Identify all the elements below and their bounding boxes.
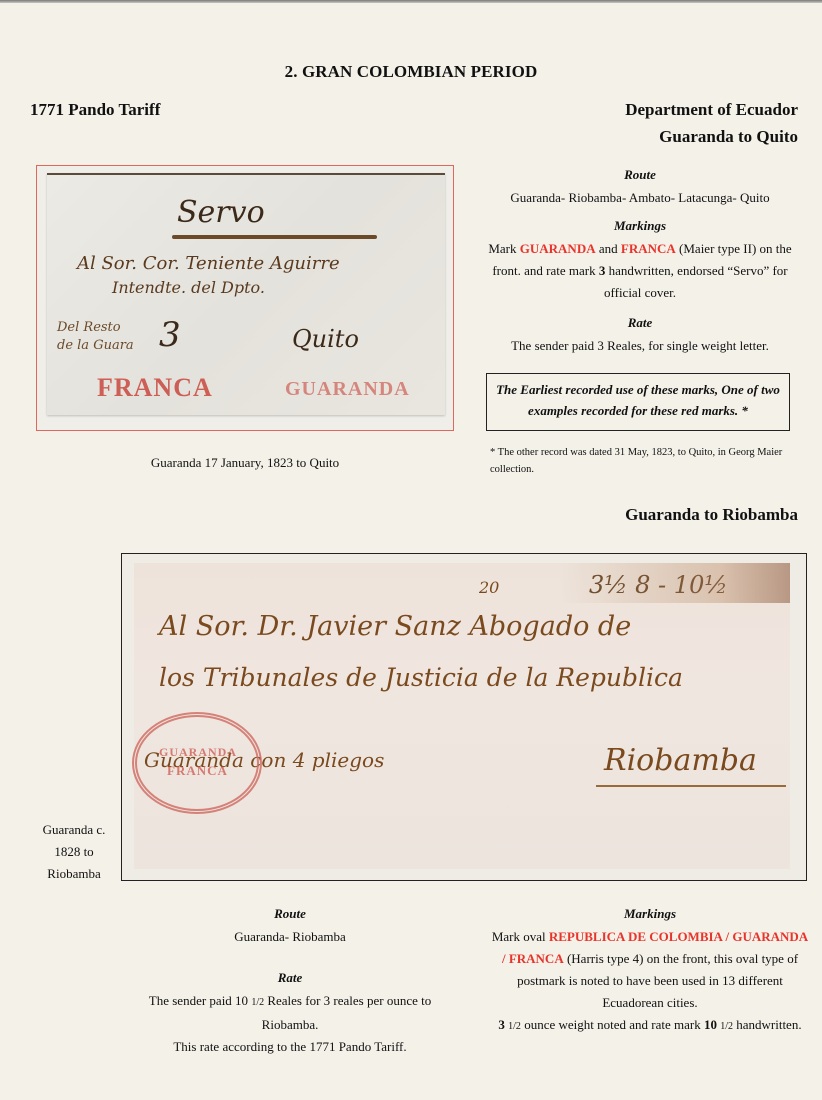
cover1-underline: [172, 235, 377, 239]
markings-text-part: Mark oval: [492, 929, 549, 944]
oval-postmark: GUARANDA FRANCA: [132, 712, 262, 814]
rate-fraction: 1/2: [251, 997, 264, 1008]
earliest-use-note: The Earliest recorded use of these marks…: [486, 373, 790, 431]
rate-mark-fraction: 1/2: [720, 1021, 733, 1032]
route-heading-riobamba: Guaranda to Riobamba: [625, 505, 798, 525]
markings-text-part: ounce weight noted and rate mark: [521, 1017, 704, 1032]
route-section: Route Guaranda- Riobamba- Ambato- Latacu…: [480, 167, 800, 209]
cover2-image: 20 3½ 8 - 10½ Al Sor. Dr. Javier Sanz Ab…: [134, 563, 790, 869]
cover2-caption: Guaranda c. 1828 to Riobamba: [30, 819, 118, 885]
rate-section: Rate The sender paid 3 Reales, for singl…: [480, 315, 800, 357]
markings-label: Markings: [480, 218, 800, 234]
tariff-heading: 1771 Pando Tariff: [30, 100, 160, 120]
cover1-address-line1: Al Sor. Cor. Teniente Aguirre: [77, 253, 340, 274]
weight-value: 3: [498, 1017, 505, 1032]
cover2-destination: Riobamba: [604, 743, 757, 778]
markings-text: Mark GUARANDA and FRANCA (Maier type II)…: [480, 238, 800, 304]
franca-mark-name: FRANCA: [621, 241, 676, 256]
route-text: Guaranda- Riobamba- Ambato- Latacunga- Q…: [480, 187, 800, 209]
oval-line-guaranda: GUARANDA: [159, 745, 237, 760]
cover1-address-line2: Intendte. del Dpto.: [112, 278, 265, 297]
cover1-rate-mark: 3: [159, 315, 181, 355]
cover2-address-line2: los Tribunales de Justicia de la Republi…: [159, 663, 683, 692]
cover1-caption: Guaranda 17 January, 1823 to Quito: [36, 455, 454, 471]
markings-text-part: and: [596, 241, 621, 256]
rate-text-2: The sender paid 10 1/2 Reales for 3 real…: [130, 990, 450, 1058]
cover1-note-line2: de la Guara: [57, 338, 134, 353]
markings-text-2: Mark oval REPUBLICA DE COLOMBIA / GUARAN…: [490, 926, 810, 1038]
cover2-stain: [560, 563, 790, 603]
route-section-2: Route Guaranda- Riobamba: [130, 906, 450, 948]
rate-label-2: Rate: [130, 970, 450, 986]
department-heading: Department of Ecuador: [625, 100, 798, 120]
tariff-note: This rate according to the 1771 Pando Ta…: [173, 1039, 406, 1054]
rate-text-part: The sender paid 10: [149, 993, 252, 1008]
markings-section-2: Markings Mark oval REPUBLICA DE COLOMBIA…: [490, 906, 810, 1038]
page-title: 2. GRAN COLOMBIAN PERIOD: [0, 62, 822, 82]
guaranda-stamp: GUARANDA: [285, 378, 410, 401]
markings-section: Markings Mark GUARANDA and FRANCA (Maier…: [480, 218, 800, 304]
cover1-note-line1: Del Resto: [57, 320, 121, 335]
cover1-destination: Quito: [292, 325, 359, 353]
route-label-2: Route: [130, 906, 450, 922]
rate-label: Rate: [480, 315, 800, 331]
rate-mark-value-2: 10: [704, 1017, 717, 1032]
markings-text-part: Mark: [488, 241, 519, 256]
guaranda-mark-name: GUARANDA: [520, 241, 596, 256]
markings-text-part: handwritten.: [733, 1017, 802, 1032]
route-heading-quito: Guaranda to Quito: [659, 127, 798, 147]
route-label: Route: [480, 167, 800, 183]
footnote: * The other record was dated 31 May, 182…: [490, 444, 800, 478]
route-text-2: Guaranda- Riobamba: [130, 926, 450, 948]
oval-line-franca: FRANCA: [167, 763, 228, 779]
weight-fraction: 1/2: [508, 1021, 521, 1032]
rate-text-part: Reales for 3 reales per ounce to Riobamb…: [262, 993, 432, 1032]
cover1-endorsement: Servo: [177, 195, 265, 230]
cover1-image: Servo Al Sor. Cor. Teniente Aguirre Inte…: [47, 173, 445, 415]
cover2-note-20: 20: [479, 578, 499, 597]
cover2-address-line1: Al Sor. Dr. Javier Sanz Abogado de: [159, 611, 631, 642]
cover2-underline: [596, 785, 786, 787]
rate-text: The sender paid 3 Reales, for single wei…: [480, 335, 800, 357]
franca-stamp: FRANCA: [97, 373, 213, 403]
top-edge-shadow: [0, 0, 822, 3]
markings-label-2: Markings: [490, 906, 810, 922]
rate-section-2: Rate The sender paid 10 1/2 Reales for 3…: [130, 970, 450, 1058]
markings-text-part: handwritten, endorsed “Servo” for offici…: [604, 263, 788, 300]
